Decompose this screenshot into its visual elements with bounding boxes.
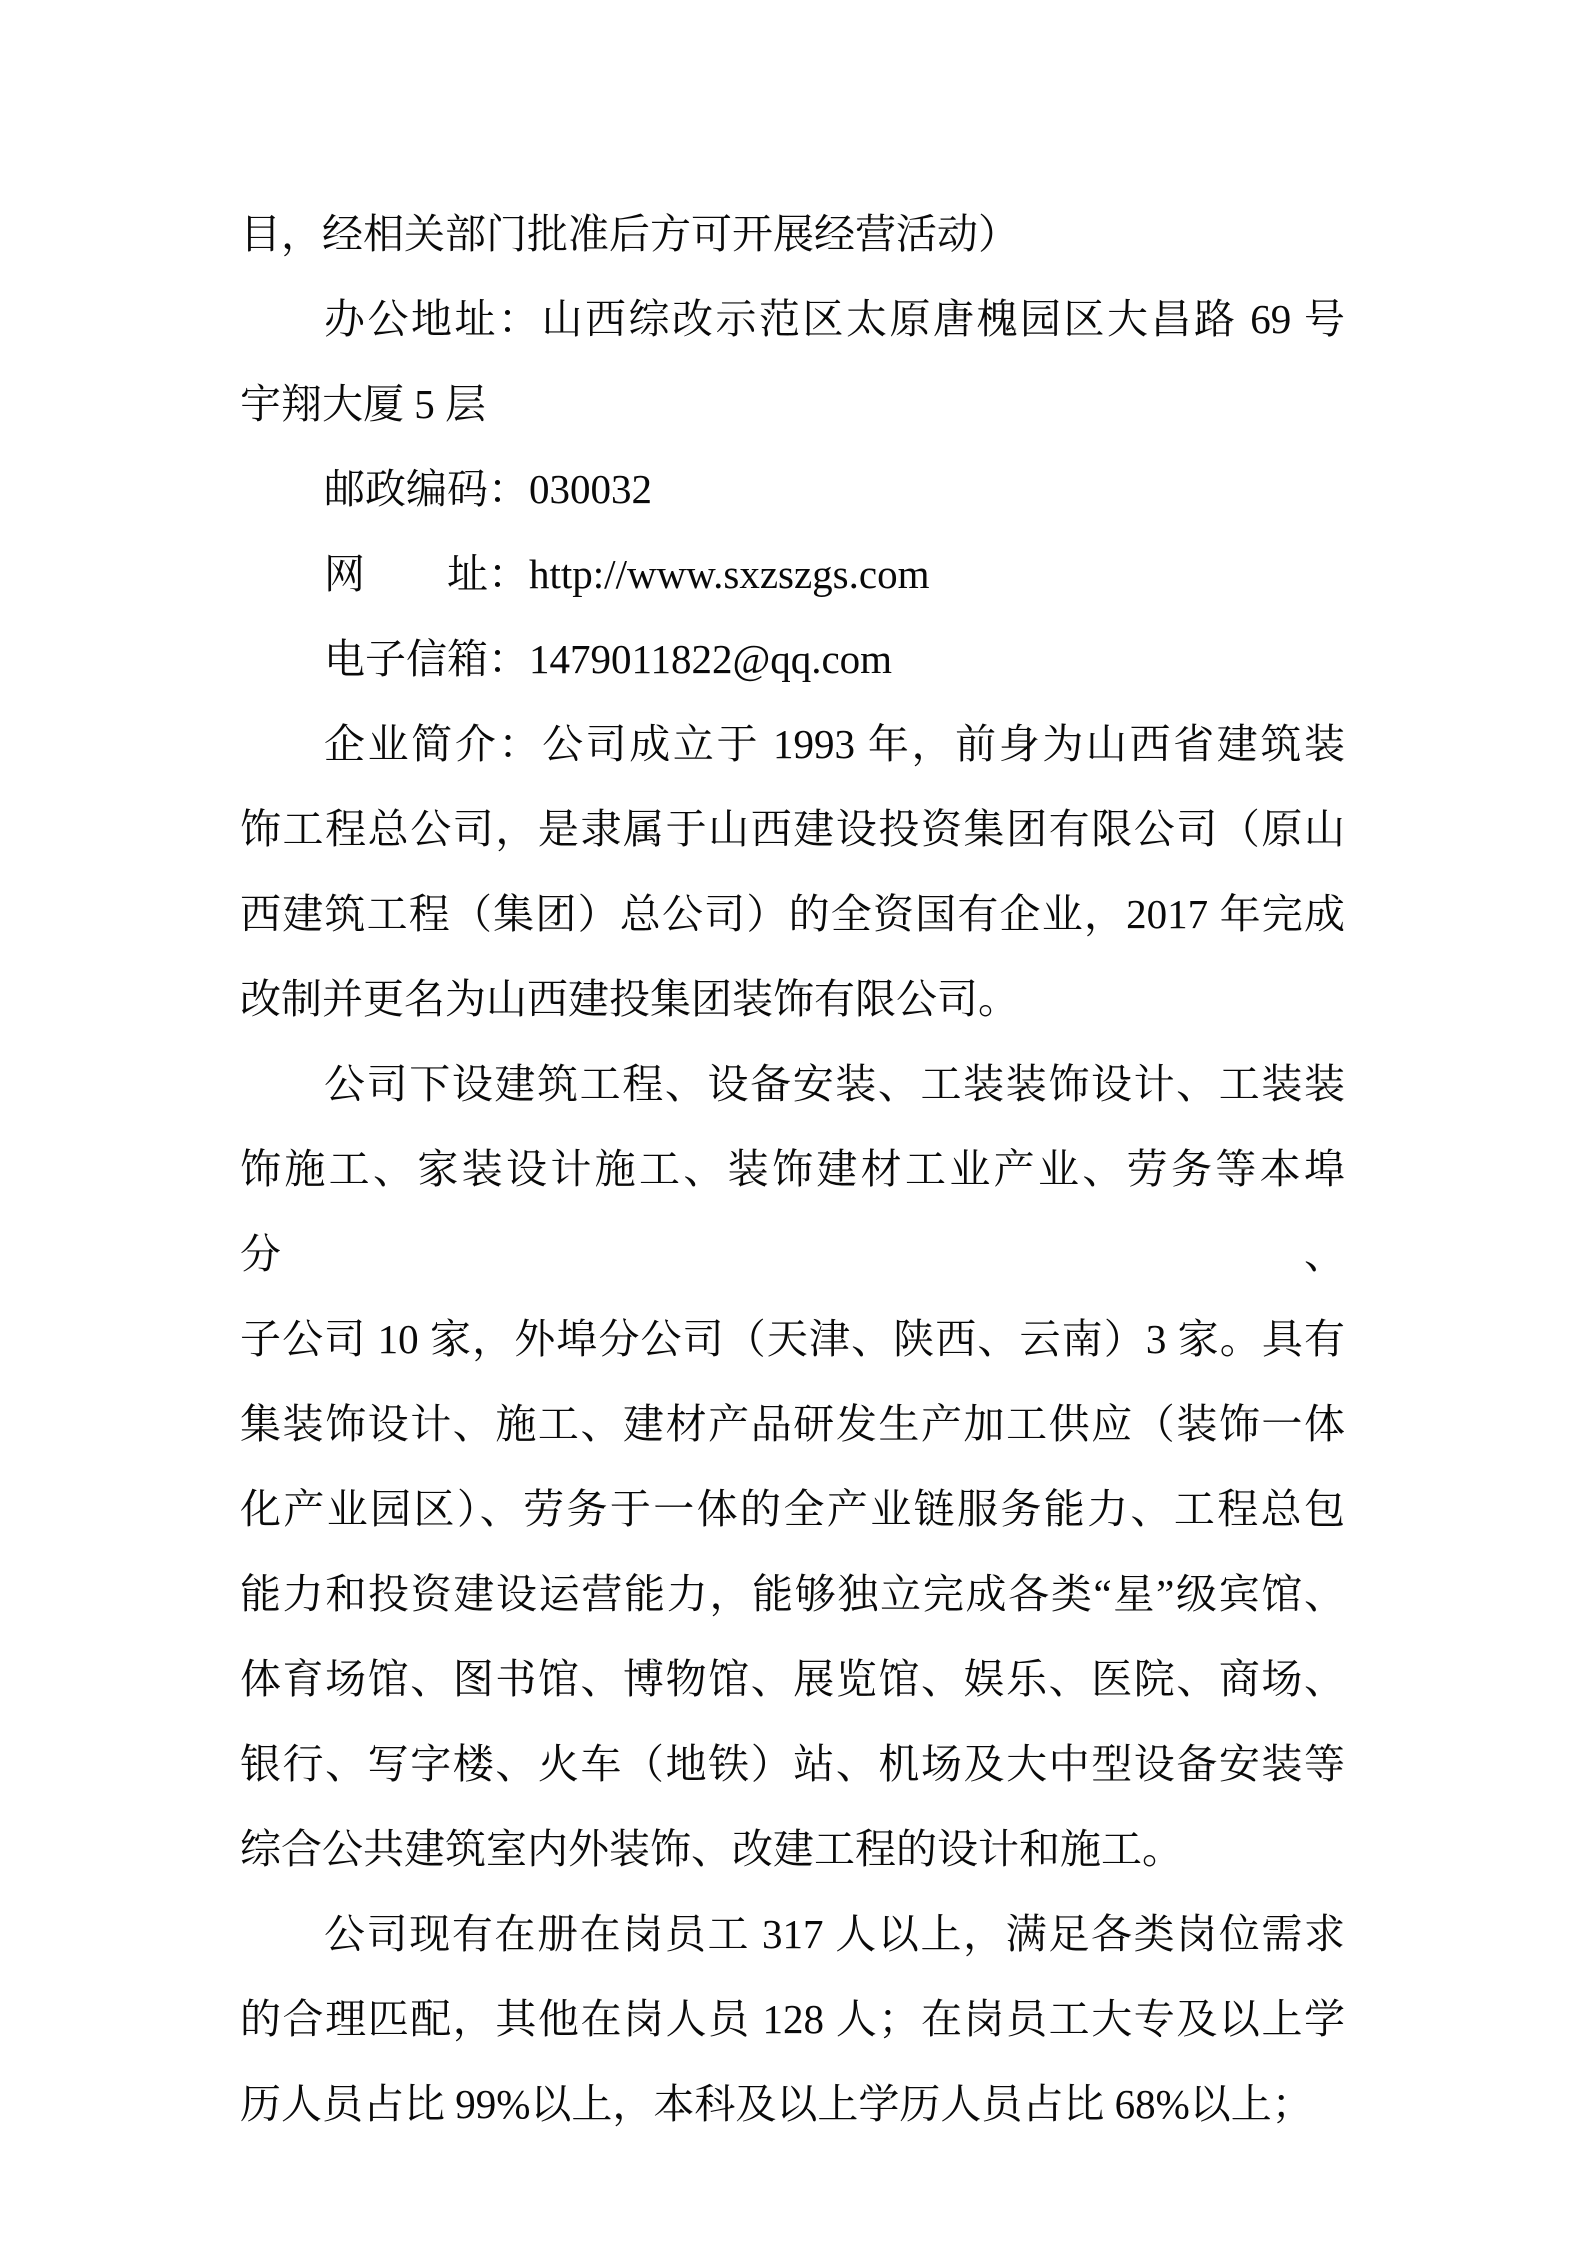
text-line: 化产业园区）、劳务于一体的全产业链服务能力、工程总包 bbox=[240, 1467, 1345, 1552]
document-page: 目，经相关部门批准后方可开展经营活动）办公地址：山西综改示范区太原唐槐园区大昌路… bbox=[0, 0, 1587, 2245]
text-line: 综合公共建筑室内外装饰、改建工程的设计和施工。 bbox=[240, 1807, 1345, 1892]
document-body: 目，经相关部门批准后方可开展经营活动）办公地址：山西综改示范区太原唐槐园区大昌路… bbox=[240, 192, 1345, 2147]
text-line: 公司下设建筑工程、设备安装、工装装饰设计、工装装 bbox=[240, 1042, 1345, 1127]
text-line: 目，经相关部门批准后方可开展经营活动） bbox=[240, 192, 1345, 277]
text-line: 体育场馆、图书馆、博物馆、展览馆、娱乐、医院、商场、 bbox=[240, 1637, 1345, 1722]
text-line: 公司现有在册在岗员工 317 人以上，满足各类岗位需求 bbox=[240, 1892, 1345, 1977]
text-line: 子公司 10 家，外埠分公司（天津、陕西、云南）3 家。具有 bbox=[240, 1297, 1345, 1382]
text-line: 西建筑工程（集团）总公司）的全资国有企业，2017 年完成 bbox=[240, 872, 1345, 957]
text-line: 网 址：http://www.sxzszgs.com bbox=[240, 532, 1345, 617]
text-line: 银行、写字楼、火车（地铁）站、机场及大中型设备安装等 bbox=[240, 1722, 1345, 1807]
text-line: 饰施工、家装设计施工、装饰建材工业产业、劳务等本埠分、 bbox=[240, 1127, 1345, 1297]
text-line: 饰工程总公司，是隶属于山西建设投资集团有限公司（原山 bbox=[240, 787, 1345, 872]
text-line: 集装饰设计、施工、建材产品研发生产加工供应（装饰一体 bbox=[240, 1382, 1345, 1467]
text-line: 电子信箱：1479011822@qq.com bbox=[240, 617, 1345, 702]
text-line: 宇翔大厦 5 层 bbox=[240, 362, 1345, 447]
text-line: 能力和投资建设运营能力，能够独立完成各类“星”级宾馆、 bbox=[240, 1552, 1345, 1637]
text-line: 改制并更名为山西建投集团装饰有限公司。 bbox=[240, 957, 1345, 1042]
text-line: 邮政编码：030032 bbox=[240, 447, 1345, 532]
text-line: 办公地址：山西综改示范区太原唐槐园区大昌路 69 号 bbox=[240, 277, 1345, 362]
text-line: 企业简介：公司成立于 1993 年，前身为山西省建筑装 bbox=[240, 702, 1345, 787]
text-line: 历人员占比 99%以上，本科及以上学历人员占比 68%以上； bbox=[240, 2062, 1345, 2147]
text-line: 的合理匹配，其他在岗人员 128 人；在岗员工大专及以上学 bbox=[240, 1977, 1345, 2062]
